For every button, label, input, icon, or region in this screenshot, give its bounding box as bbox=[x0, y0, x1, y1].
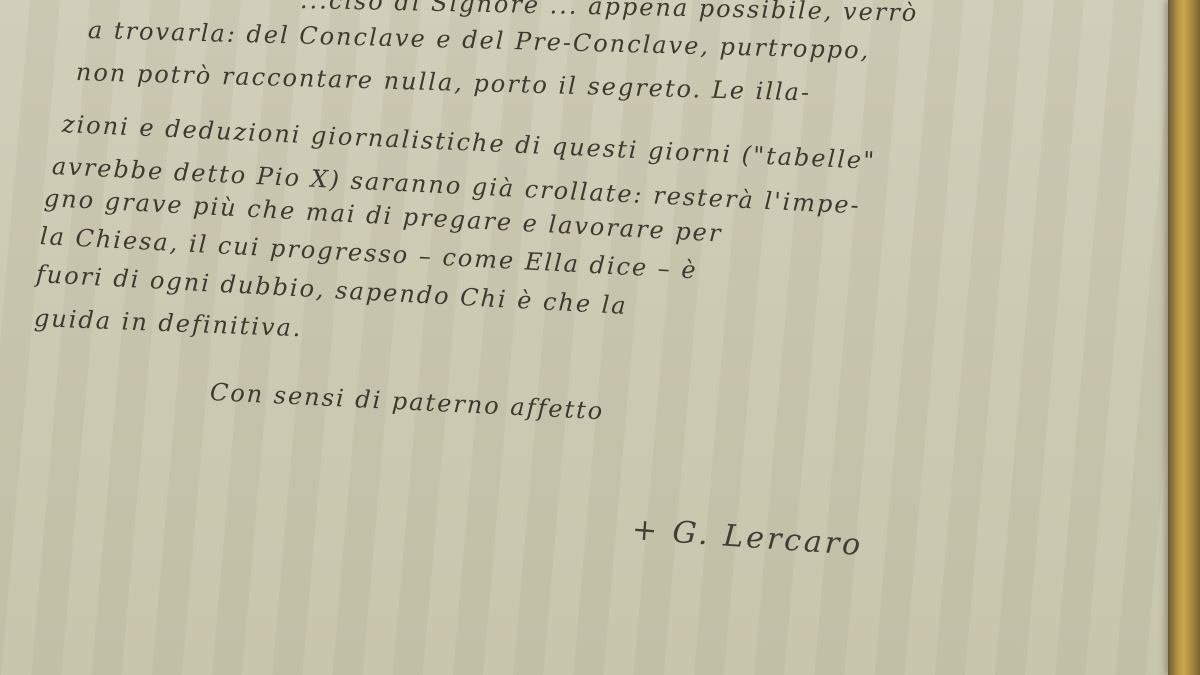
letter-line-2: non potrò raccontare nulla, porto il seg… bbox=[76, 58, 812, 107]
letter-line-0: ...ciso di Signore ... appena possibile,… bbox=[300, 0, 919, 27]
letter-paper: ...ciso di Signore ... appena possibile,… bbox=[0, 0, 1168, 675]
letter-closing: Con sensi di paterno affetto bbox=[209, 378, 605, 425]
photo-scene: ...ciso di Signore ... appena possibile,… bbox=[0, 0, 1200, 675]
gold-frame-edge bbox=[1168, 0, 1200, 675]
signature: + G. Lercaro bbox=[631, 512, 865, 563]
letter-line-8: guida in definitiva. bbox=[33, 304, 303, 342]
